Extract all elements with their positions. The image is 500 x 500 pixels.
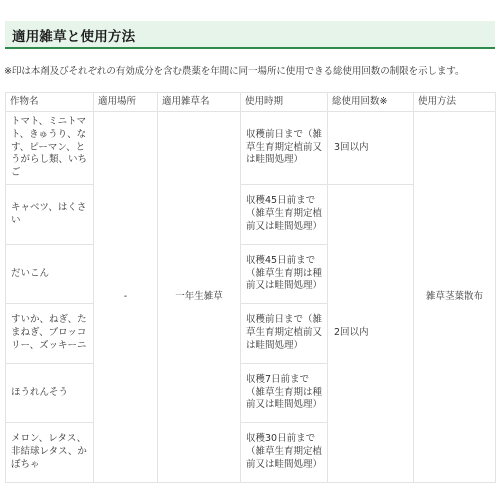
- timing-cell: 収穫30日前まで（雑草生育期定植前又は畦間処理）: [241, 423, 328, 483]
- timing-cell: 収穫45日前まで（雑草生育期は種前又は畦間処理）: [241, 245, 328, 304]
- location-cell: -: [94, 112, 158, 483]
- total-count-cell: 2回以内: [328, 185, 414, 483]
- section-header: 適用雑草と使用方法: [5, 21, 495, 49]
- header-total-count: 総使用回数※: [328, 93, 414, 112]
- table-row: トマト、ミニトマト、きゅうり、なす、ピーマン、とうがらし類、いちご - 一年生雑…: [6, 112, 496, 185]
- method-cell: 雑草茎葉散布: [414, 112, 496, 483]
- header-crop: 作物名: [6, 93, 94, 112]
- crop-cell: すいか、ねぎ、たまねぎ、ブロッコリー、ズッキーニ: [6, 304, 94, 364]
- total-count-cell: 3回以内: [328, 112, 414, 185]
- table-header-row: 作物名 適用場所 適用雑草名 使用時期 総使用回数※ 使用方法: [6, 93, 496, 112]
- timing-cell: 収穫45日前まで（雑草生育期定植前又は畦間処理）: [241, 185, 328, 245]
- section-title: 適用雑草と使用方法: [12, 25, 135, 45]
- usage-table: 作物名 適用場所 適用雑草名 使用時期 総使用回数※ 使用方法 トマト、ミニトマ…: [5, 92, 496, 483]
- header-timing: 使用時期: [241, 93, 328, 112]
- crop-cell: キャベツ、はくさい: [6, 185, 94, 245]
- timing-cell: 収穫7日前まで（雑草生育期は種前又は畦間処理）: [241, 364, 328, 423]
- crop-cell: メロン、レタス、非結球レタス、かぼちゃ: [6, 423, 94, 483]
- timing-cell: 収穫前日まで（雑草生育期定植前又は畦間処理）: [241, 112, 328, 185]
- crop-cell: だいこん: [6, 245, 94, 304]
- header-weed: 適用雑草名: [158, 93, 241, 112]
- usage-count-note: ※印は本剤及びそれぞれの有効成分を含む農薬を年間に同一場所に使用できる総使用回数…: [4, 63, 464, 77]
- header-method: 使用方法: [414, 93, 496, 112]
- crop-cell: ほうれんそう: [6, 364, 94, 423]
- timing-cell: 収穫前日まで（雑草生育期定植前又は畦間処理）: [241, 304, 328, 364]
- header-location: 適用場所: [94, 93, 158, 112]
- crop-cell: トマト、ミニトマト、きゅうり、なす、ピーマン、とうがらし類、いちご: [6, 112, 94, 185]
- weed-cell: 一年生雑草: [158, 112, 241, 483]
